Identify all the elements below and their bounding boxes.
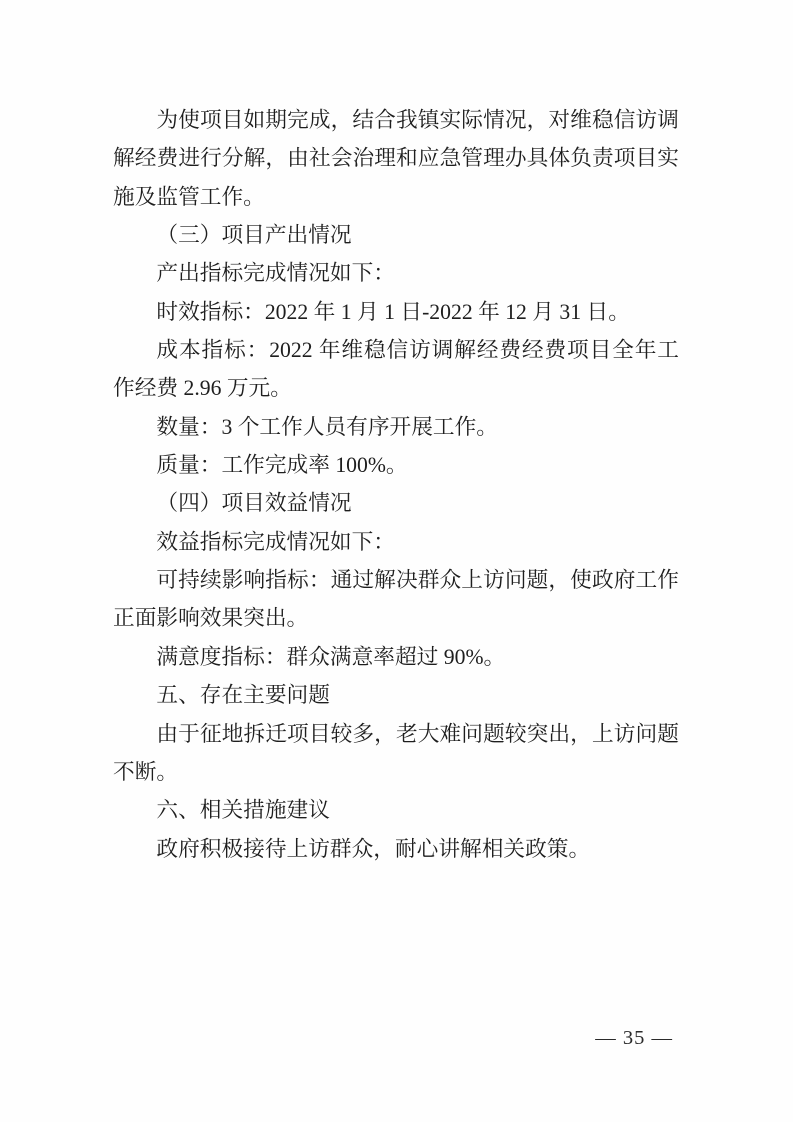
document-body: 为使项目如期完成，结合我镇实际情况，对维稳信访调解经费进行分解，由社会治理和应急…: [113, 101, 679, 868]
paragraph-time-indicator: 时效指标：2022 年 1 月 1 日-2022 年 12 月 31 日。: [113, 293, 679, 331]
paragraph-output-intro: 产出指标完成情况如下：: [113, 254, 679, 292]
paragraph-problems: 由于征地拆迁项目较多，老大难问题较突出，上访问题不断。: [113, 715, 679, 792]
heading-section-5: 五、存在主要问题: [113, 676, 679, 714]
paragraph-suggestions: 政府积极接待上访群众，耐心讲解相关政策。: [113, 830, 679, 868]
paragraph-sustainability: 可持续影响指标：通过解决群众上访问题，使政府工作正面影响效果突出。: [113, 561, 679, 638]
paragraph-implementation: 为使项目如期完成，结合我镇实际情况，对维稳信访调解经费进行分解，由社会治理和应急…: [113, 101, 679, 216]
paragraph-benefit-intro: 效益指标完成情况如下：: [113, 523, 679, 561]
page-number: — 35 —: [113, 1024, 679, 1052]
paragraph-quality: 质量：工作完成率 100%。: [113, 446, 679, 484]
heading-section-3: （三）项目产出情况: [113, 216, 679, 254]
paragraph-cost-indicator: 成本指标：2022 年维稳信访调解经费经费项目全年工作经费 2.96 万元。: [113, 331, 679, 408]
heading-section-6: 六、相关措施建议: [113, 791, 679, 829]
paragraph-satisfaction: 满意度指标：群众满意率超过 90%。: [113, 638, 679, 676]
document-page: 为使项目如期完成，结合我镇实际情况，对维稳信访调解经费进行分解，由社会治理和应急…: [0, 0, 793, 1122]
paragraph-quantity: 数量：3 个工作人员有序开展工作。: [113, 408, 679, 446]
heading-section-4: （四）项目效益情况: [113, 484, 679, 522]
